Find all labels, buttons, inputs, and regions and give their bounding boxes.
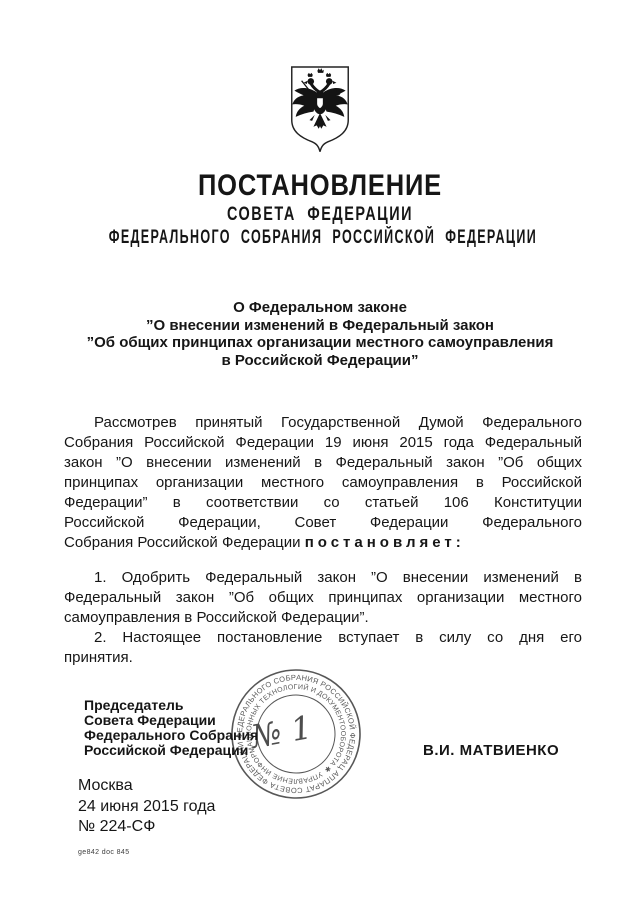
issuer-line-council: СОВЕТА ФЕДЕРАЦИИ: [77, 205, 563, 224]
issuer-line-assembly: ФЕДЕРАЛЬНОГО СОБРАНИЯ РОССИЙСКОЙ ФЕДЕРАЦ…: [109, 228, 531, 247]
signatory-title-line: Совета Федерации: [84, 713, 258, 728]
clause-1-paragraph: 1. Одобрить Федеральный закон ”О внесени…: [64, 568, 582, 628]
decree-keyword: постановляет:: [305, 534, 465, 551]
signatory-title-line: Российской Федерации: [84, 743, 258, 758]
body-line: 2. Настоящее постановление вступает в си…: [64, 628, 582, 648]
signatory-title-line: Федерального Собрания: [84, 728, 258, 743]
body-line: Собрания Российской Федерации постановля…: [64, 533, 582, 553]
body-line: Собрания Российской Федерации 19 июня 20…: [64, 433, 582, 453]
signatory-title-block: Председатель Совета Федерации Федерально…: [84, 698, 258, 758]
body-line: Российской Федерации, Совет Федерации Фе…: [64, 513, 582, 533]
footer-file-code: ge842 doc 845: [78, 849, 130, 856]
city: Москва: [78, 776, 215, 797]
russia-coat-of-arms-icon: [287, 65, 353, 153]
clause-2-paragraph: 2. Настоящее постановление вступает в си…: [64, 628, 582, 668]
body-line: закон ”О внесении изменений в Федеральны…: [64, 453, 582, 473]
subject-block: О Федеральном законе ”О внесении изменен…: [40, 299, 600, 369]
subject-line: ”О внесении изменений в Федеральный зако…: [40, 317, 600, 335]
body-line: Рассмотрев принятый Государственной Думо…: [64, 413, 582, 433]
subject-line: О Федеральном законе: [40, 299, 600, 317]
body-line: самоуправления в Российской Федерации”.: [64, 608, 582, 628]
signatory-name: В.И. МАТВИЕНКО: [423, 742, 559, 759]
date: 24 июня 2015 года: [78, 797, 215, 818]
body-line: принципах организации местного самоуправ…: [64, 473, 582, 493]
doc-number: № 224-СФ: [78, 817, 215, 838]
chest-shield: [317, 98, 324, 109]
place-date-block: Москва 24 июня 2015 года № 224-СФ: [78, 776, 215, 838]
body-line: Федерации” в соответствии со статьей 106…: [64, 493, 582, 513]
decree-line-prefix: Собрания Российской Федерации: [64, 534, 305, 551]
body-line: Федеральный закон ”Об общих принципах ор…: [64, 588, 582, 608]
body-line: 1. Одобрить Федеральный закон ”О внесени…: [64, 568, 582, 588]
body-text: Рассмотрев принятый Государственной Думо…: [64, 413, 582, 668]
preamble-paragraph: Рассмотрев принятый Государственной Думо…: [64, 413, 582, 553]
resolution-document-page: ПОСТАНОВЛЕНИЕ СОВЕТА ФЕДЕРАЦИИ ФЕДЕРАЛЬН…: [0, 0, 640, 905]
doc-type-title: ПОСТАНОВЛЕНИЕ: [48, 171, 592, 201]
subject-line: ”Об общих принципах организации местного…: [40, 334, 600, 352]
signatory-title-line: Председатель: [84, 698, 258, 713]
subject-line: в Российской Федерации”: [40, 352, 600, 370]
